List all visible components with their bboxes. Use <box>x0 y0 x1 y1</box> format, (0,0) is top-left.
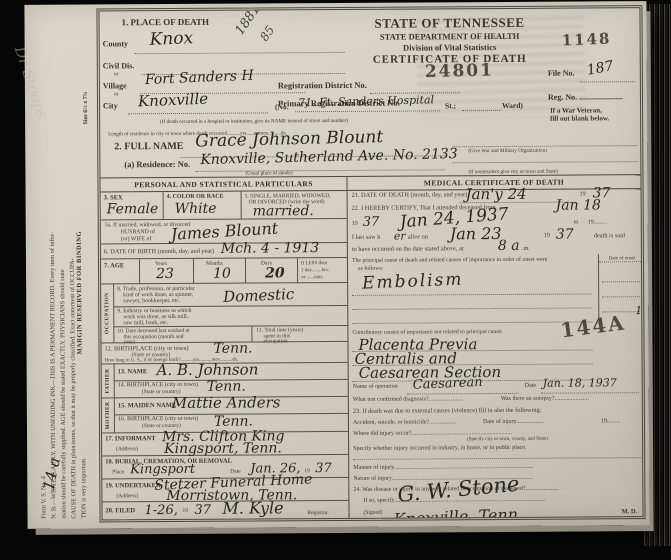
father-birthplace-label: 14. BIRTHPLACE (city or town) <box>118 382 198 388</box>
undertaker-label: 19. UNDERTAKER <box>105 482 160 489</box>
occupation-vertical-label: OCCUPATION <box>101 284 114 342</box>
to-label: to <box>574 220 579 226</box>
birthplace-value: Tenn. <box>213 340 252 356</box>
state-title: STATE OF TENNESSEE <box>349 15 549 32</box>
alive-on-label: alive on <box>408 233 428 240</box>
registrar-label: Registrar. <box>307 510 328 516</box>
veteran-blank-line-2 <box>452 160 637 163</box>
father-name-value: A. B. Johnson <box>157 361 259 380</box>
city-label: City <box>103 101 118 110</box>
saw-year-value: 37 <box>556 227 574 243</box>
row-sex-color-marital: 3. SEX Female 4. COLOR OR RACE White 5. … <box>101 191 347 221</box>
death-said-label: death is said <box>594 232 625 239</box>
ward-label: Ward) <box>502 101 523 110</box>
filed-date-value: 1-26, <box>144 503 177 518</box>
manner-of-injury-label: Manner of injury........................… <box>353 464 533 471</box>
physician-address: Knoxville, Tenn <box>393 505 518 523</box>
sex-value: Female <box>107 201 159 217</box>
certificate-form: 1. PLACE OF DEATH County Knox 1881 85 Ci… <box>96 5 645 522</box>
operation-date-label: Date <box>525 383 536 389</box>
county-line <box>135 51 345 54</box>
cause-line <box>352 292 592 295</box>
city-line <box>128 111 268 114</box>
color-value: White <box>175 201 217 217</box>
stray-mark-2: 85 <box>257 23 277 44</box>
registration-district-stamp: 24801 <box>425 60 495 82</box>
cause-code-stamp: 144A <box>559 310 627 342</box>
city-value: Knoxville <box>138 90 209 111</box>
cause-line <box>352 320 592 323</box>
age-years-value: 23 <box>156 266 174 282</box>
occurred-label: to have occurred on the date stated abov… <box>352 245 464 253</box>
county-label: County <box>103 39 128 48</box>
industry-label-3: saw mill, bank, etc. <box>123 320 168 326</box>
burial-year-value: 37 <box>315 461 332 476</box>
less-than-note-3: or ......min. <box>301 275 323 280</box>
divider <box>297 258 298 282</box>
burial-place-value: Kingsport <box>130 462 195 477</box>
certificate-paper: Form V. S. No. 4 N. B.—WRITE PLAINLY, WI… <box>24 1 649 529</box>
occurred-time-value: 8 a <box>498 238 520 254</box>
blank-line <box>353 456 641 460</box>
informant-address-label: (Address) <box>116 446 138 452</box>
file-no-line <box>580 80 635 82</box>
operation-date-line <box>541 391 639 394</box>
trade-value: Domestic <box>223 285 295 306</box>
informant-label: 17. INFORMANT <box>105 435 156 442</box>
where-injury-label: Where did injury occur?.................… <box>353 430 512 437</box>
row-informant: 17. INFORMANT Mrs. Clifton King (Address… <box>102 432 348 457</box>
village-value: Fort Sanders H <box>145 68 254 88</box>
divider <box>193 258 194 282</box>
divider <box>241 192 242 219</box>
st-label: St.; <box>445 101 456 110</box>
registration-district-label: Registration District No. <box>278 80 367 91</box>
divider <box>139 259 140 283</box>
military-note: (Give War and Military Organization) <box>468 148 547 154</box>
row-date-of-birth: 6. DATE OF BIRTH (month, day, and year) … <box>101 243 347 259</box>
test-label: What test confirmed diagnosis?..........… <box>353 396 463 403</box>
dob-value: Mch. 4 - 1913 <box>221 240 319 257</box>
principal-cause-label-1: The principal cause of death and related… <box>352 257 547 264</box>
row-age: 7. AGE Years Months Days 23 10 20 If LES… <box>101 258 347 285</box>
row-filed: 20. FILED 1-26, 19 37 M. Kyle Registrar. <box>102 501 348 519</box>
spouse-label-3: (or) WIFE of <box>121 237 152 243</box>
marital-value: married. <box>253 203 314 219</box>
divider <box>251 326 252 342</box>
personal-column: PERSONAL AND STATISTICAL PARTICULARS 3. … <box>100 177 349 520</box>
residence-label: (a) Residence: No. <box>124 159 190 169</box>
specify-city-note: (Specify city or town, county, and State… <box>467 437 548 442</box>
margin-size-note: Size 6½ x 7¾ <box>83 92 89 125</box>
reg-no-label: Reg. No. ...................... <box>548 92 623 101</box>
saw-year-print: 19 <box>544 233 550 239</box>
onset-line <box>602 295 640 297</box>
burial-place-label: Place <box>112 470 124 476</box>
date-of-death-label: 21. DATE OF DEATH (month, day, and year) <box>352 191 468 199</box>
attended-from-value: Jan 18 <box>556 197 601 213</box>
personal-section-title: PERSONAL AND STATISTICAL PARTICULARS <box>100 177 346 193</box>
injury-date-label: Date of injury.................. <box>483 419 543 425</box>
address-label: (Address) <box>364 521 386 523</box>
injury-year-print: 19......... <box>601 418 621 424</box>
abode-note: (Usual place of abode) <box>245 170 292 176</box>
age-months-value: 10 <box>213 265 231 281</box>
accident-label: Accident, suicide, or homicide?.........… <box>353 419 456 426</box>
divider <box>163 192 164 219</box>
principal-cause-label-2: as follows: <box>358 266 383 272</box>
residence-line <box>195 168 445 172</box>
file-no-label: File No. <box>548 69 575 78</box>
external-causes-label: 23. If death was due to external causes … <box>353 407 542 415</box>
medical-body: 21. DATE OF DEATH (month, day, and year)… <box>348 188 643 518</box>
from-year-print: 19 <box>352 221 358 227</box>
informant-address-value: Kingsport, Tenn. <box>164 440 282 457</box>
trade-label-3: sawyer, bookkeeper, etc. <box>123 298 180 304</box>
autopsy-label: Was there an autopsy?...................… <box>501 395 589 402</box>
medical-column: MEDICAL CERTIFICATE OF DEATH 21. DATE OF… <box>347 175 642 518</box>
operation-date-value: Jan. 18, 1937 <box>543 376 617 389</box>
serial-number-stamp: 1148 <box>561 29 611 49</box>
spouse-label-2: HUSBAND of <box>121 230 155 236</box>
occurred-m-label: .m. <box>522 245 530 252</box>
signed-label: (Signed) <box>363 510 382 516</box>
full-name-label: 2. FULL NAME <box>114 141 183 152</box>
street-value: 71. Ft. Sanders Hospital <box>298 93 434 109</box>
to-year-print: 19......... <box>588 219 608 225</box>
less-than-note-1: If LESS than <box>301 261 327 266</box>
onset-mark: 1 <box>635 304 642 317</box>
veteran-note-line-2: fill out blank below. <box>550 114 609 122</box>
md-label: M. D. <box>621 508 637 515</box>
form-columns: PERSONAL AND STATISTICAL PARTICULARS 3. … <box>100 174 642 519</box>
last-saw-date: Jan 23 <box>450 224 502 243</box>
divider <box>245 258 246 282</box>
undertaker-address-label: (Address) <box>116 493 138 499</box>
village-label: Village <box>103 81 127 90</box>
street-line <box>295 109 440 112</box>
margin-reserved-label: MARGIN RESERVED FOR BINDING <box>76 231 84 355</box>
total-time-label-3: occupation <box>263 338 287 344</box>
filed-year-print: 19 <box>182 508 188 514</box>
nonresident-note: (If nonresident give city or town and St… <box>468 169 558 176</box>
color-label: 4. COLOR OR RACE <box>167 194 224 200</box>
specify-where-label: Specify whether injury occurred in indus… <box>353 445 526 452</box>
mother-vertical-label: MOTHER <box>102 398 115 432</box>
last-saw-label: I last saw h <box>352 234 381 241</box>
ward-line <box>462 109 500 111</box>
age-label: 7. AGE <box>104 262 124 269</box>
dob-label: 6. DATE OF BIRTH (month, day, and year) <box>104 248 214 256</box>
mother-name-value: Mattie Anders <box>172 393 281 412</box>
onset-line <box>602 280 640 282</box>
operation-value: Caesarean <box>412 375 482 393</box>
age-days-value: 20 <box>265 265 285 281</box>
mother-birthplace-label: 16. BIRTHPLACE (city or town) <box>118 415 198 421</box>
principal-cause-value: Embolism <box>362 269 464 293</box>
cause-line <box>352 306 592 309</box>
row-occupation-group: OCCUPATION 8. Trade, profession, or part… <box>101 283 347 343</box>
operation-label: Name of operation <box>353 384 398 390</box>
from-year-value: 37 <box>363 215 380 230</box>
place-of-death-title: 1. PLACE OF DEATH <box>121 17 209 28</box>
file-no-value: 187 <box>586 58 615 79</box>
filed-label: 20. FILED <box>105 508 135 515</box>
division-title: Division of Vital Statistics <box>350 42 550 53</box>
filed-year-value: 37 <box>194 503 211 518</box>
mother-birthplace-value: Tenn. <box>214 413 253 429</box>
mother-name-label: 15. MAIDEN NAME <box>118 402 176 409</box>
or-label-1: or <box>114 71 119 77</box>
date-of-onset-header: Date of onset <box>599 254 645 262</box>
registrar-signature: M. Kyle <box>222 499 283 518</box>
civil-district-label: Civil Dis. <box>103 61 135 70</box>
date-of-death-value: Jan'y 24 <box>466 185 527 203</box>
father-name-label: 13. NAME <box>118 368 148 375</box>
less-than-note-2: 1 day, ......hrs. <box>301 268 329 273</box>
county-value: Knox <box>149 28 193 50</box>
last-saw-gender: er <box>394 230 406 243</box>
department-title: STATE DEPARTMENT OF HEALTH <box>350 31 550 42</box>
hospital-note: (If death occurred in a hospital or inst… <box>160 118 348 125</box>
or-label-2: or <box>114 91 119 97</box>
